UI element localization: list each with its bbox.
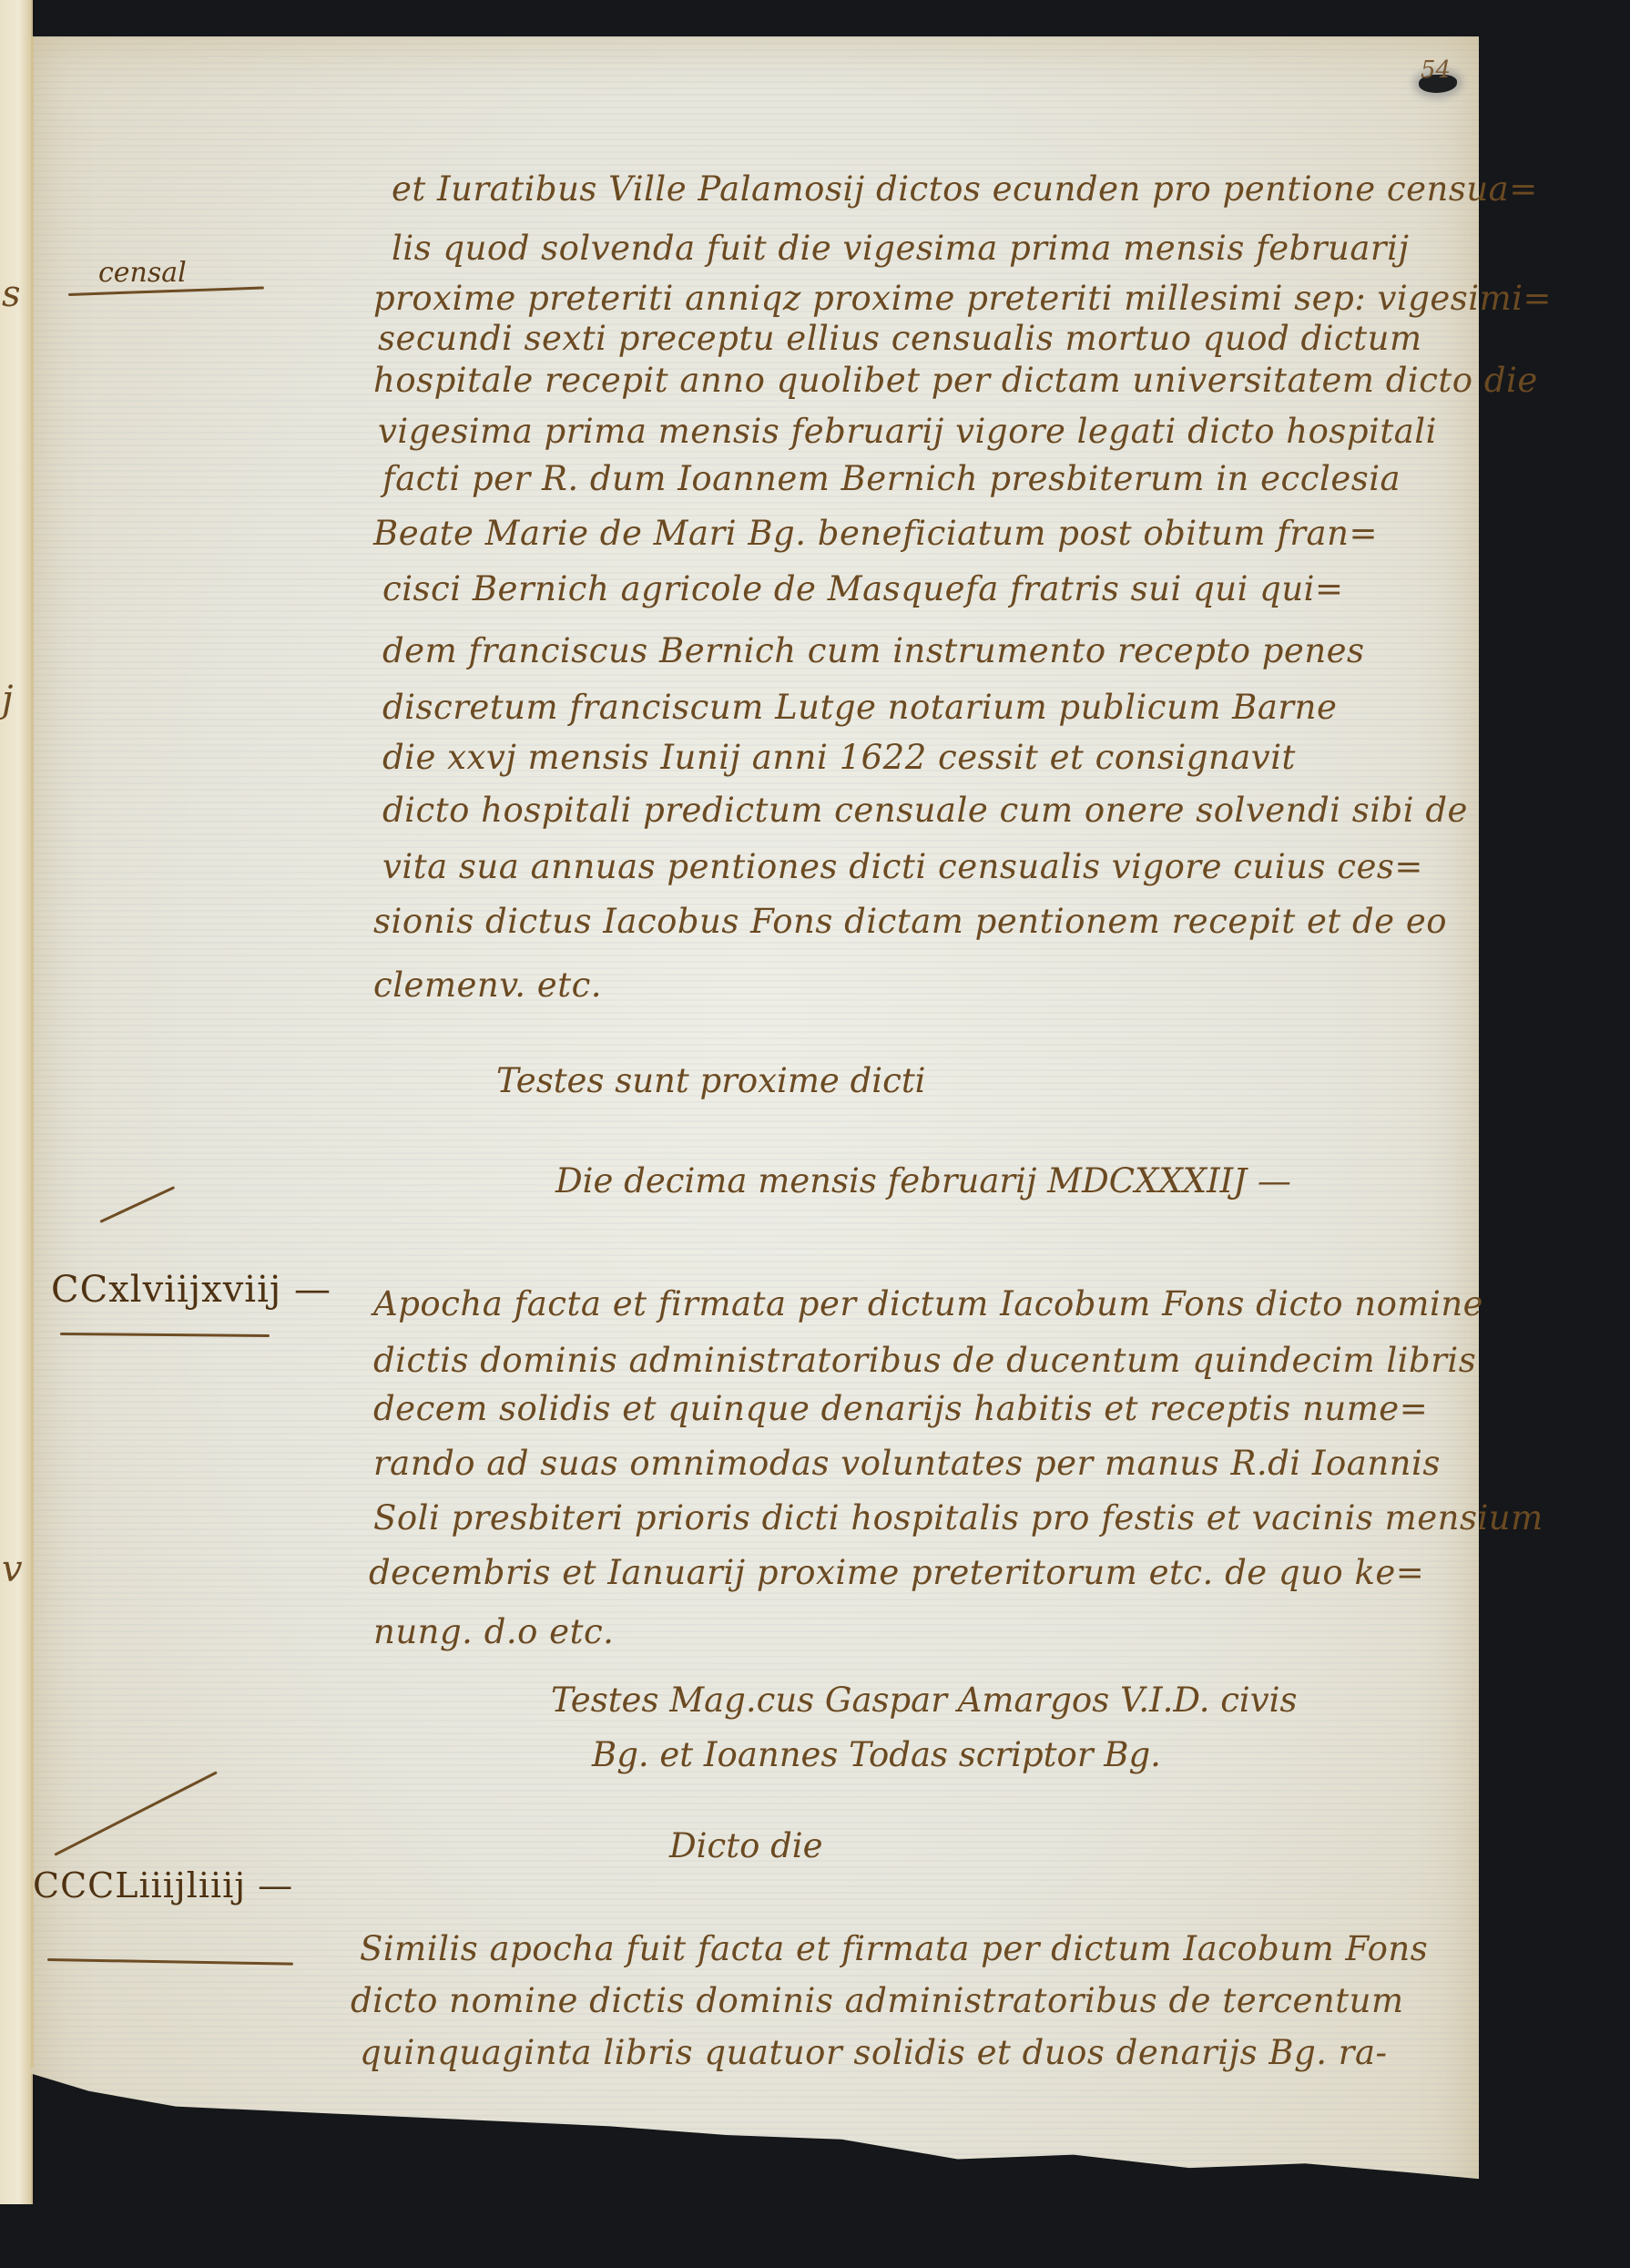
text-line: dem franciscus Bernich cum instrumento r… xyxy=(382,631,1365,670)
witnesses-line-1: Testes Mag.cus Gaspar Amargos V.I.D. civ… xyxy=(551,1681,1298,1720)
text-line: sionis dictus Iacobus Fons dictam pentio… xyxy=(373,902,1447,941)
text-line: vita sua annuas pentiones dicti censuali… xyxy=(382,847,1423,886)
text-line: hospitale recepit anno quolibet per dict… xyxy=(373,361,1538,400)
adjacent-page-fragment: v xyxy=(2,1548,23,1590)
text-line: decem solidis et quinque denarijs habiti… xyxy=(373,1389,1428,1428)
text-line: Soli presbiteri prioris dicti hospitalis… xyxy=(373,1498,1543,1538)
margin-sum-2: CCCLiiijliiij — xyxy=(33,1865,293,1905)
text-line: secundi sexti preceptu ellius censualis … xyxy=(378,319,1422,358)
witnesses-note: Testes sunt proxime dicti xyxy=(496,1061,926,1100)
text-line: clemenv. etc. xyxy=(373,965,602,1005)
margin-note-censal: censal xyxy=(98,257,187,289)
text-line: vigesima prima mensis februarij vigore l… xyxy=(378,412,1437,451)
text-line: dicto nomine dictis dominis administrato… xyxy=(351,1981,1404,2020)
text-line: die xxvj mensis Iunij anni 1622 cessit e… xyxy=(382,738,1296,777)
adjacent-page-fragment: s xyxy=(2,273,21,315)
text-line: Apocha facta et firmata per dictum Iacob… xyxy=(373,1284,1483,1323)
text-line: lis quod solvenda fuit die vigesima prim… xyxy=(392,229,1409,268)
binding-gutter xyxy=(31,36,34,2068)
text-line: facti per R. dum Ioannem Bernich presbit… xyxy=(382,459,1401,498)
text-line: nung. d.o etc. xyxy=(373,1612,614,1651)
text-line: discretum franciscum Lutge notarium publ… xyxy=(382,688,1337,727)
text-line: Similis apocha fuit facta et firmata per… xyxy=(360,1929,1428,1968)
adjacent-page-fragment: j xyxy=(2,679,13,720)
text-line: cisci Bernich agricole de Masquefa fratr… xyxy=(382,569,1344,608)
text-line: dicto hospitali predictum censuale cum o… xyxy=(382,791,1468,830)
text-line: dictis dominis administratoribus de duce… xyxy=(373,1341,1476,1380)
folio-number: 54 xyxy=(1421,56,1451,84)
margin-sum-1: CCxlviijxviij — xyxy=(51,1269,331,1311)
adjacent-page-edge: s j v xyxy=(0,0,33,2204)
text-line: Beate Marie de Mari Bg. beneficiatum pos… xyxy=(373,514,1378,553)
dicto-die-heading: Dicto die xyxy=(669,1826,823,1865)
text-line: quinquaginta libris quatuor solidis et d… xyxy=(360,2033,1388,2072)
text-line: et Iuratibus Ville Palamosij dictos ecun… xyxy=(392,169,1538,209)
text-line: decembris et Ianuarij proxime preteritor… xyxy=(369,1553,1424,1592)
text-line: rando ad suas omnimodas voluntates per m… xyxy=(373,1444,1441,1483)
witnesses-line-2: Bg. et Ioannes Todas scriptor Bg. xyxy=(592,1735,1161,1774)
date-heading: Die decima mensis februarij MDCXXXIIJ — xyxy=(555,1161,1291,1200)
text-line: proxime preteriti anniqz proxime preteri… xyxy=(373,279,1552,318)
